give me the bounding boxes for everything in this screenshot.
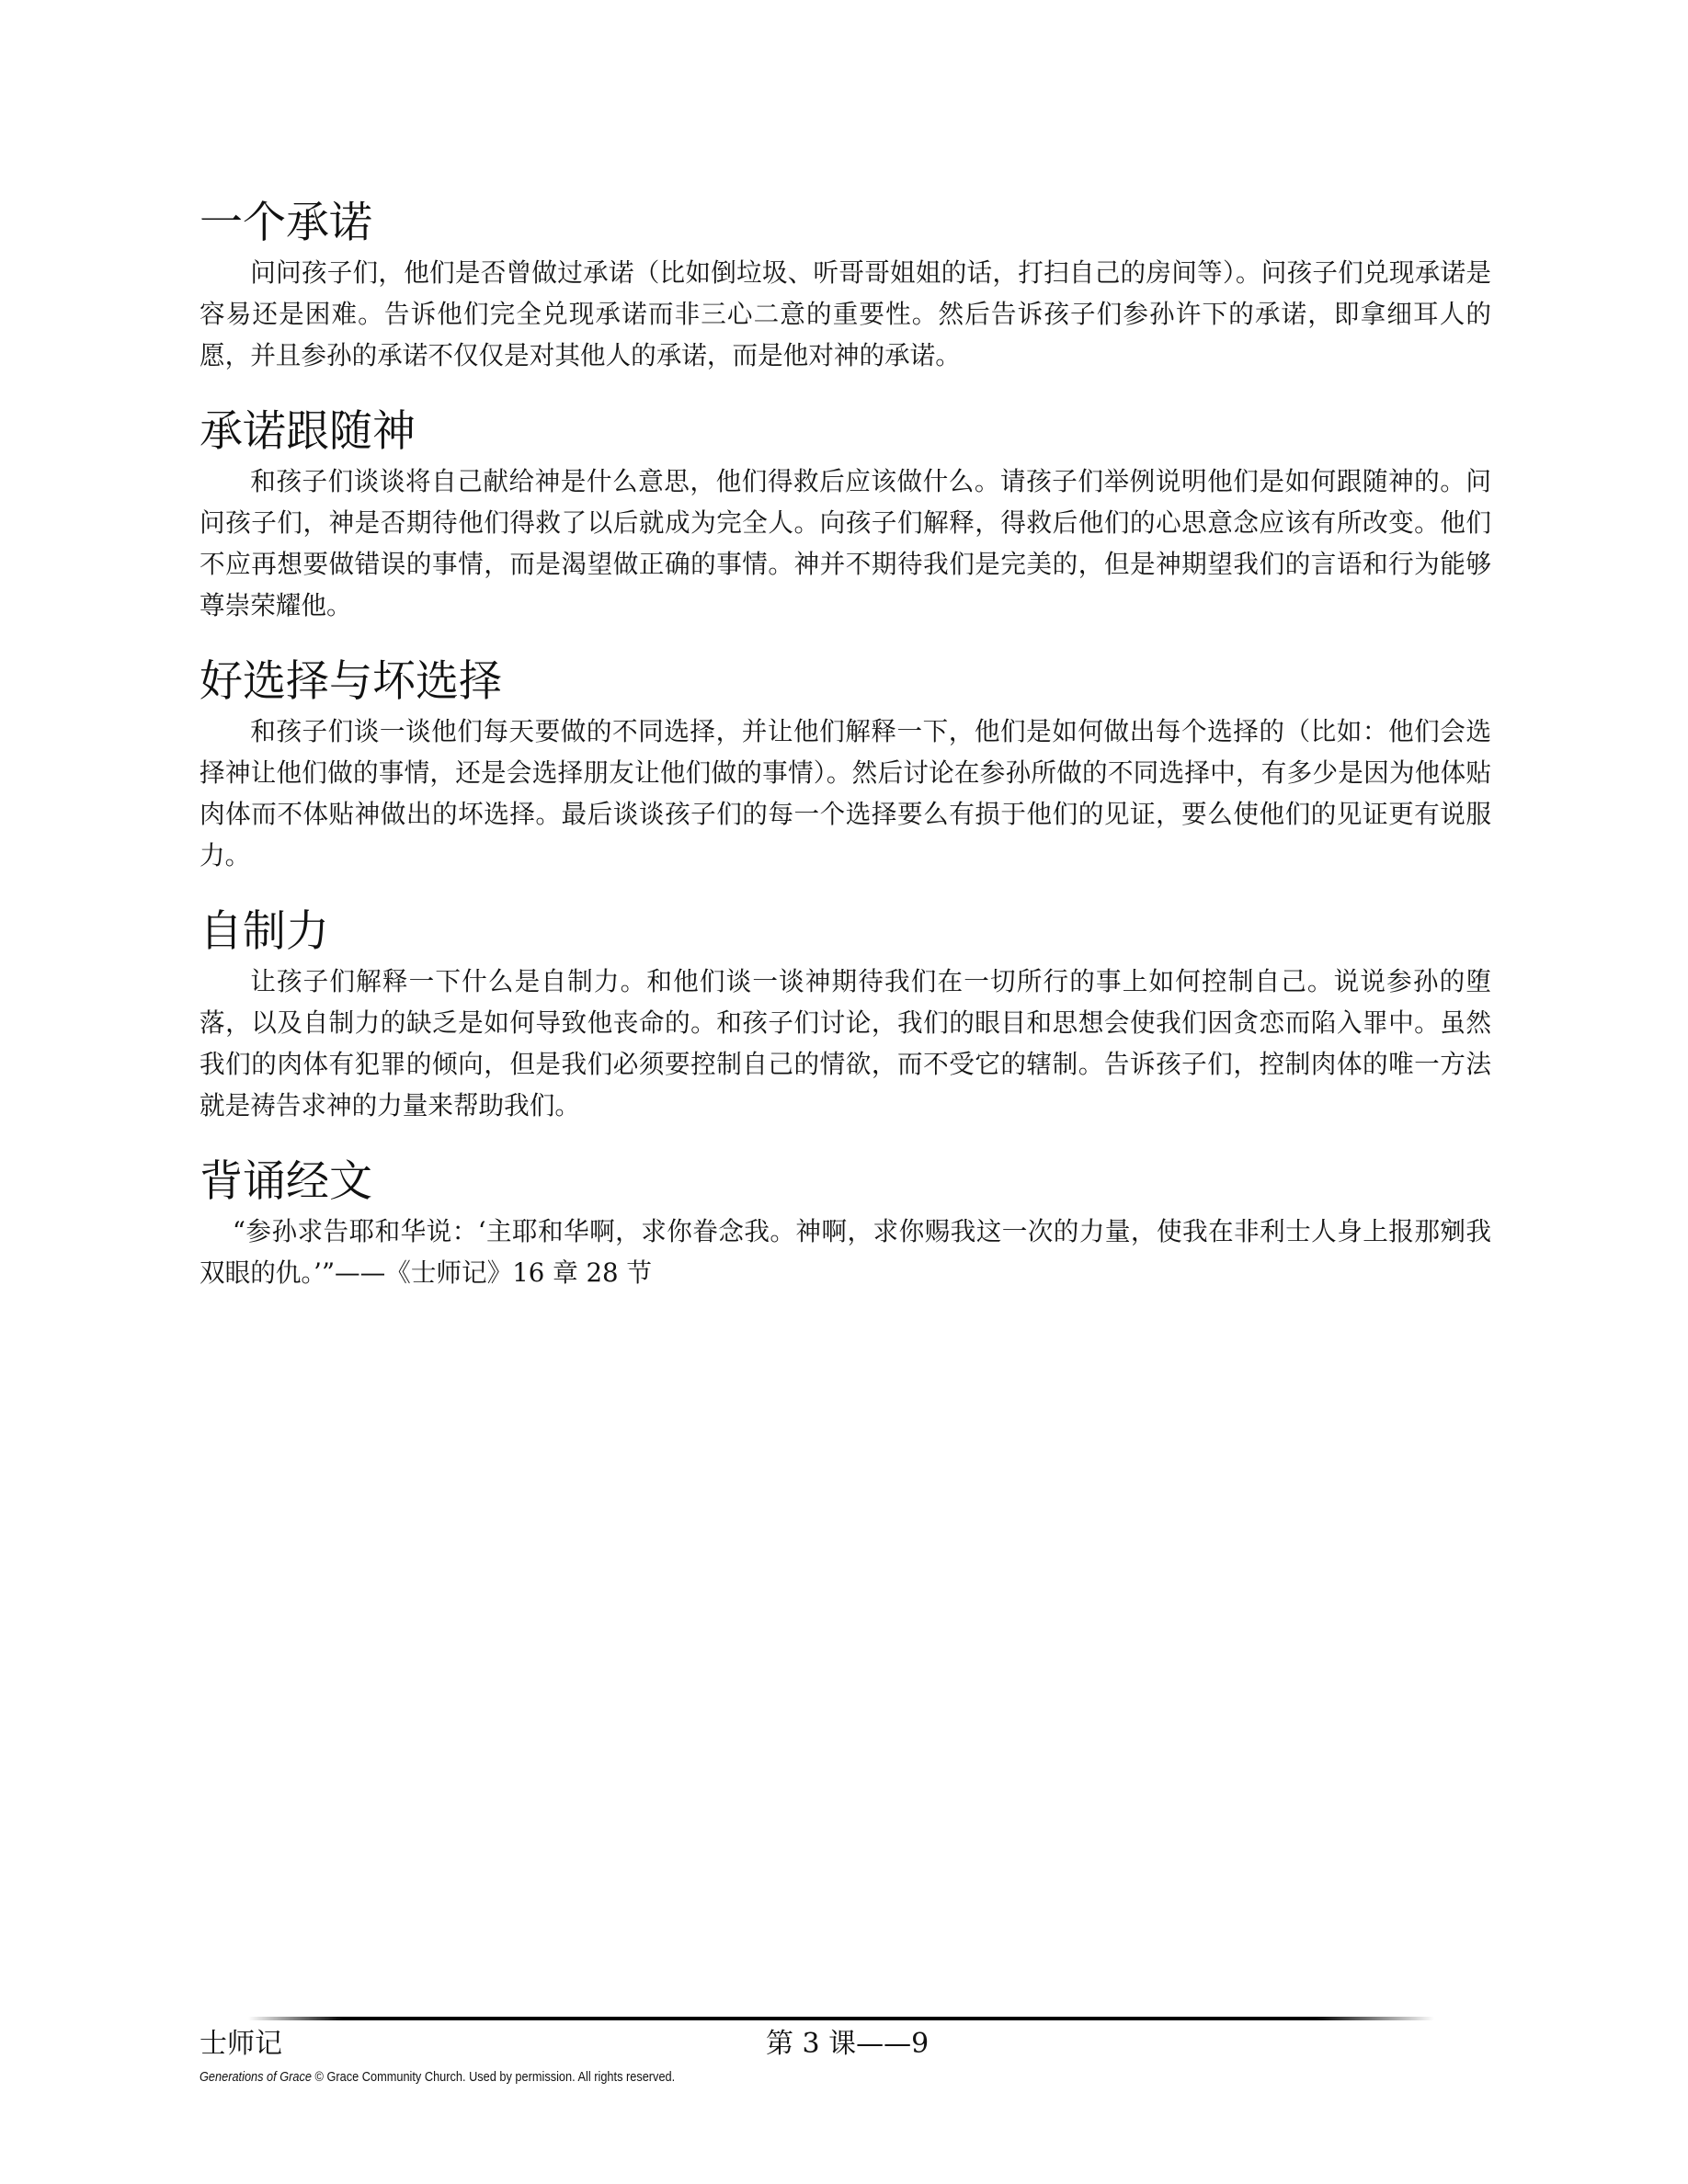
- footer-book-title: 士师记: [200, 2026, 282, 2063]
- section-a-promise: 一个承诺 问问孩子们，他们是否曾做过承诺（比如倒垃圾、听哥哥姐姐的话，打扫自己的…: [200, 195, 1491, 376]
- memory-verse-text: “参孙求告耶和华说：‘主耶和华啊，求你眷念我。神啊，求你赐我这一次的力量，使我在…: [200, 1211, 1491, 1293]
- section-heading: 一个承诺: [200, 195, 1491, 252]
- section-heading: 好选择与坏选择: [200, 654, 1491, 711]
- footer-credit-text: © Grace Community Church. Used by permis…: [312, 2070, 675, 2085]
- section-commit-to-follow-god: 承诺跟随神 和孩子们谈谈将自己献给神是什么意思，他们得救后应该做什么。请孩子们举…: [200, 404, 1491, 626]
- section-heading: 承诺跟随神: [200, 404, 1491, 461]
- section-memory-verse: 背诵经文 “参孙求告耶和华说：‘主耶和华啊，求你眷念我。神啊，求你赐我这一次的力…: [200, 1154, 1491, 1293]
- footer-divider: [248, 2017, 1434, 2020]
- lesson-page-content: 一个承诺 问问孩子们，他们是否曾做过承诺（比如倒垃圾、听哥哥姐姐的话，打扫自己的…: [200, 195, 1491, 1293]
- footer-lesson-page-number: 第 3 课——9: [766, 2026, 929, 2063]
- section-paragraph: 问问孩子们，他们是否曾做过承诺（比如倒垃圾、听哥哥姐姐的话，打扫自己的房间等）。…: [200, 252, 1491, 376]
- section-paragraph: 让孩子们解释一下什么是自制力。和他们谈一谈神期待我们在一切所行的事上如何控制自己…: [200, 961, 1491, 1126]
- section-paragraph: 和孩子们谈一谈他们每天要做的不同选择，并让他们解释一下，他们是如何做出每个选择的…: [200, 711, 1491, 876]
- section-heading: 自制力: [200, 904, 1491, 961]
- footer-copyright: Generations of Grace © Grace Community C…: [200, 2069, 675, 2086]
- footer-credit-title: Generations of Grace: [200, 2070, 312, 2085]
- section-good-and-bad-choices: 好选择与坏选择 和孩子们谈一谈他们每天要做的不同选择，并让他们解释一下，他们是如…: [200, 654, 1491, 876]
- section-paragraph: 和孩子们谈谈将自己献给神是什么意思，他们得救后应该做什么。请孩子们举例说明他们是…: [200, 461, 1491, 626]
- section-heading: 背诵经文: [200, 1154, 1491, 1211]
- section-self-control: 自制力 让孩子们解释一下什么是自制力。和他们谈一谈神期待我们在一切所行的事上如何…: [200, 904, 1491, 1126]
